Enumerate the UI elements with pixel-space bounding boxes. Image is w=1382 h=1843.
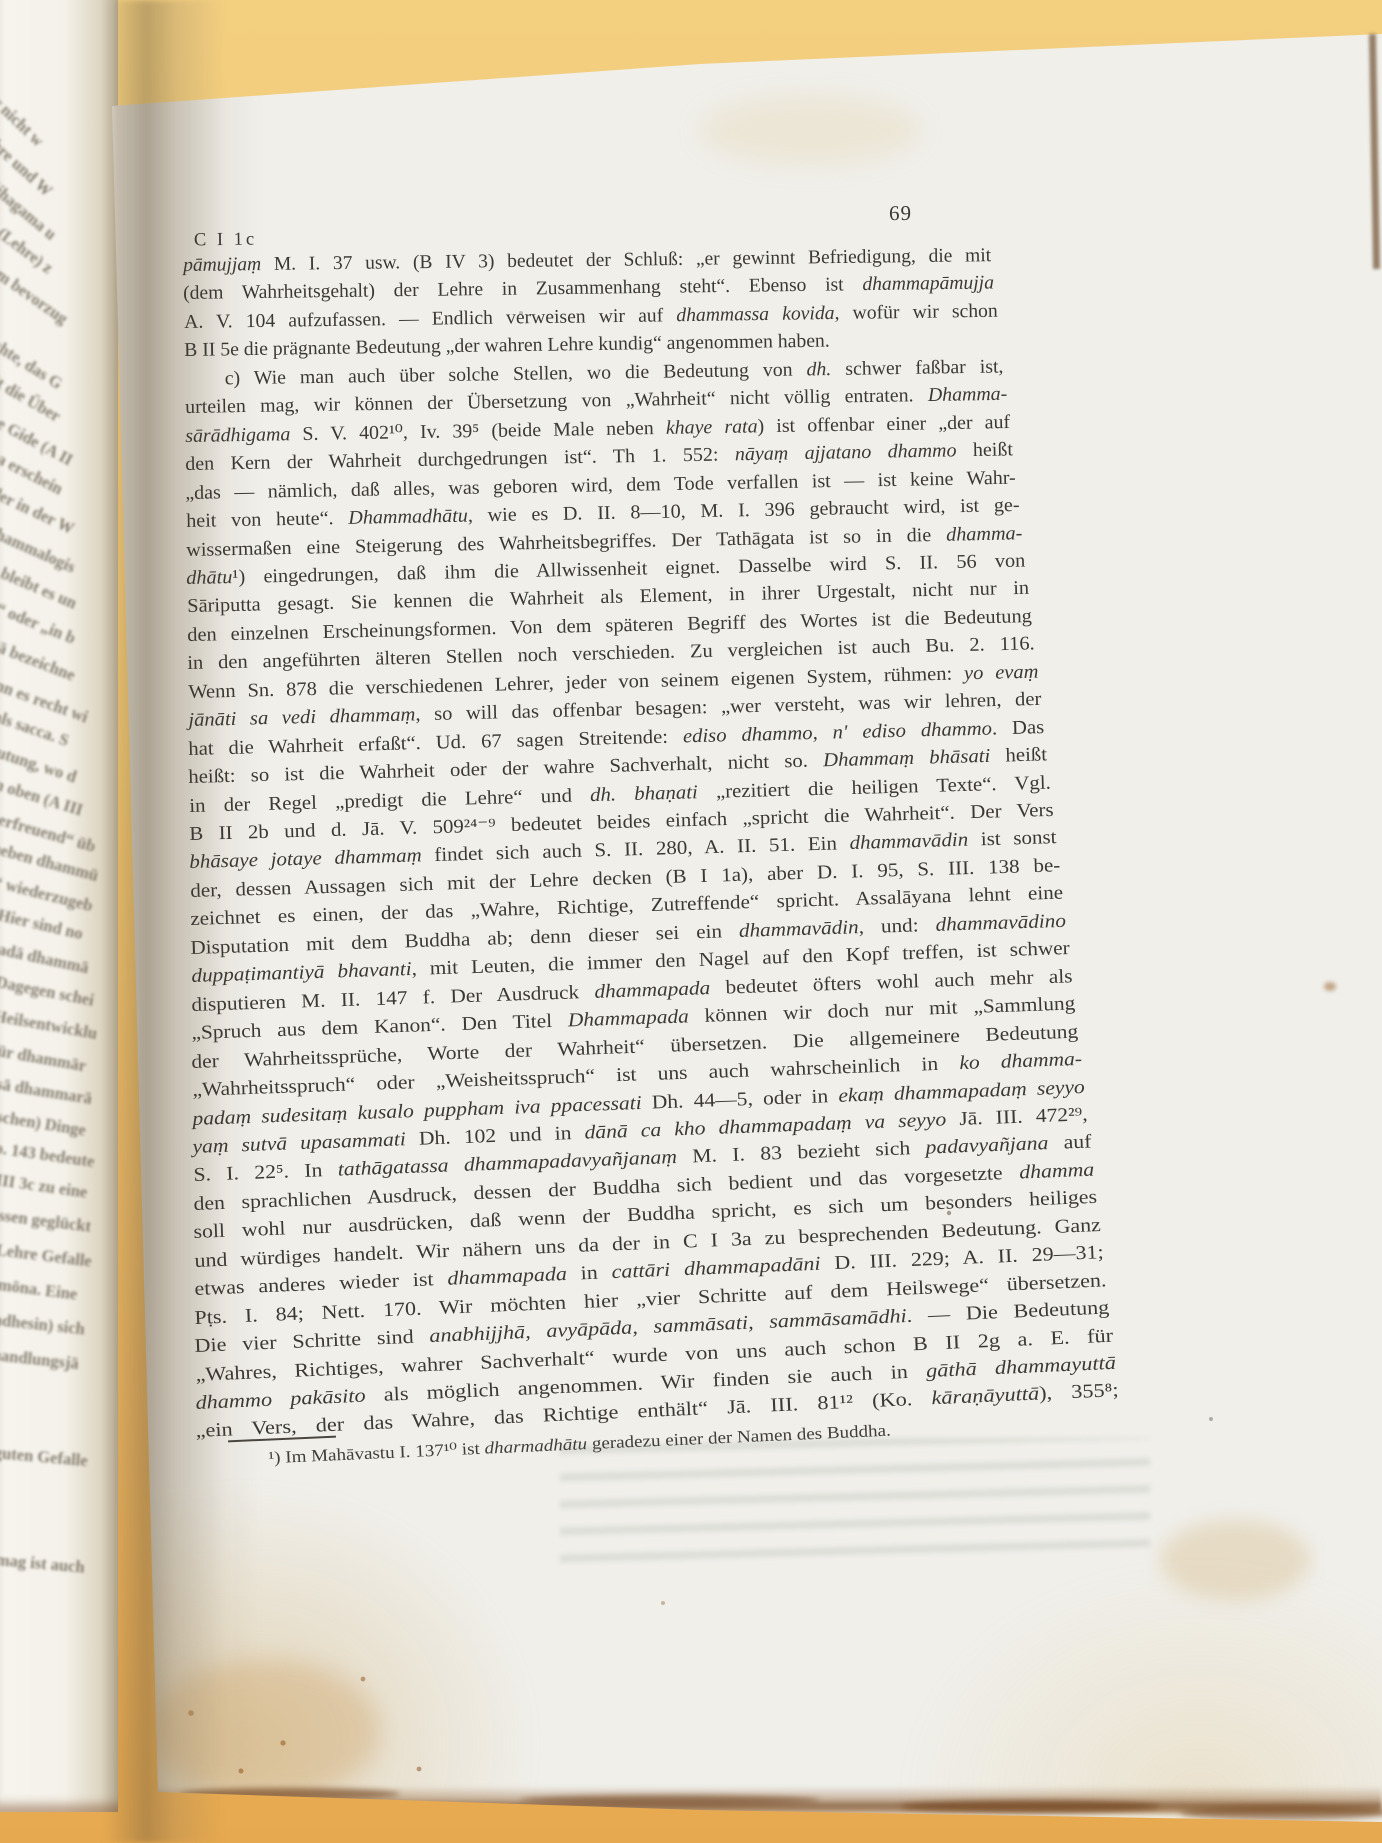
printed-content: C I 1c 69 pāmujjaṃ M. I. 37 usw. (B IV 3… bbox=[0, 0, 1382, 1843]
running-header-section: C I 1c bbox=[194, 230, 257, 252]
book-photo: er nicht wehre und Wajjhagama uit (Lehre… bbox=[0, 0, 1382, 1843]
page-number: 69 bbox=[889, 201, 912, 226]
